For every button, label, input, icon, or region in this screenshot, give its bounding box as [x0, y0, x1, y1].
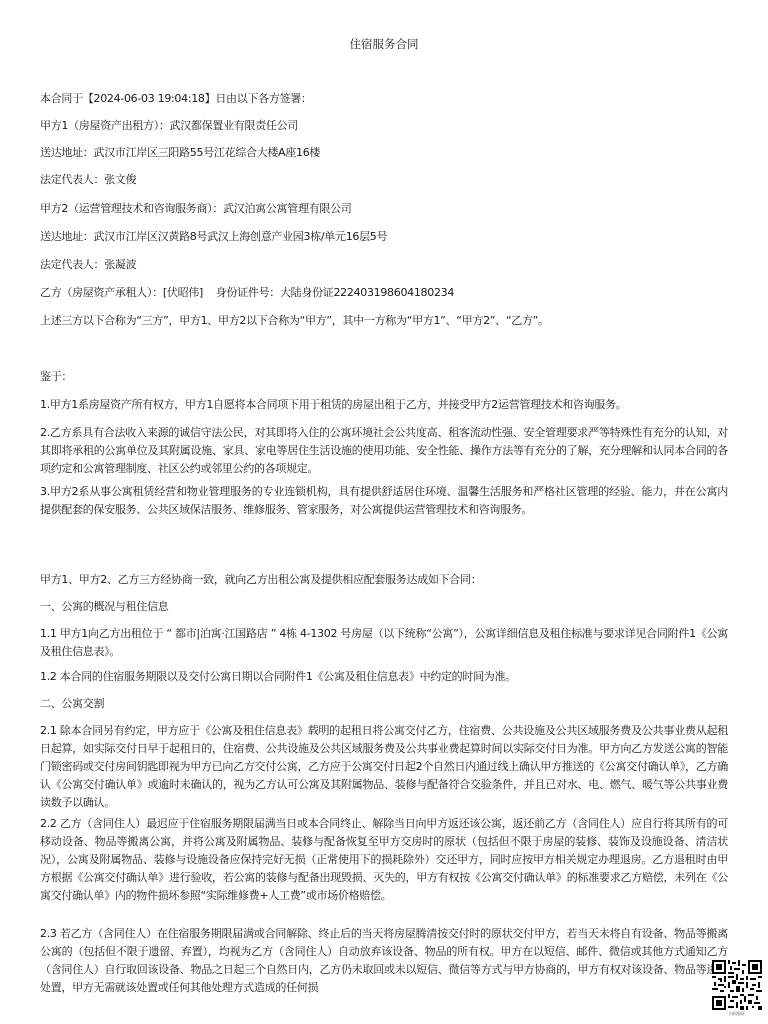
signing-date-line: 本合同于【2024-06-03 19:04:18】日由以下各方签署： — [40, 91, 312, 107]
party-a1-name: 甲方1（房屋资产出租方）：武汉都保置业有限责任公司 — [40, 118, 298, 134]
whereas-item-2: 2.乙方系具有合法收入来源的诚信守法公民，对其即将入住的公寓环境社会公共度高、租… — [40, 424, 728, 478]
party-a1-legal-rep: 法定代表人：张文俊 — [40, 172, 136, 188]
clause-1-2: 1.2 本合同的住宿服务期限以及交付公寓日期以合同附件1《公寓及租住信息表》中约… — [40, 668, 728, 686]
clause-2-3: 2.3 若乙方（含同住人）在住宿服务期限届满或合同解除、终止后的当天将房屋腾清按… — [40, 925, 728, 997]
party-a2-address: 送达地址：武汉市江岸区汉黄路8号武汉上海创意产业园3栋/单元16层5号 — [40, 229, 387, 245]
section-2-heading: 二、公寓交割 — [40, 696, 104, 712]
qr-code-caption: 扫码验证 — [712, 1011, 762, 1017]
whereas-item-3: 3.甲方2系从事公寓租赁经营和物业管理服务的专业连锁机构，具有提供舒适居住环境、… — [40, 483, 728, 519]
whereas-item-1: 1.甲方1系房屋资产所有权方，甲方1自愿将本合同项下用于租赁的房屋出租于乙方，并… — [40, 396, 728, 414]
parties-summary: 上述三方以下合称为“三方”，甲方1、甲方2以下合称为“甲方”，其中一方称为“甲方… — [40, 313, 549, 329]
agreement-intro: 甲方1、甲方2、乙方三方经协商一致，就向乙方出租公寓及提供相应配套服务达成如下合… — [40, 572, 481, 588]
section-1-heading: 一、公寓的概况与租住信息 — [40, 599, 168, 615]
party-a2-name: 甲方2（运营管理技术和咨询服务商）：武汉泊寓公寓管理有限公司 — [40, 201, 352, 217]
party-b-name: 乙方（房屋资产承租人）：[伏昭伟] 身份证件号：大陆身份证22240319860… — [40, 285, 454, 301]
party-a2-legal-rep: 法定代表人：张凝波 — [40, 257, 136, 273]
clause-2-2: 2.2 乙方（含同住人）最迟应于住宿服务期限届满当日或本合同终止、解除当日向甲方… — [40, 815, 728, 905]
clause-1-1: 1.1 甲方1向乙方出租位于 “ 都市|泊寓·江国路店 ” 4栋 4-1302 … — [40, 625, 728, 661]
qr-code-icon[interactable] — [712, 960, 762, 1010]
clause-2-1: 2.1 除本合同另有约定，甲方应于《公寓及租住信息表》载明的起租日将公寓交付乙方… — [40, 722, 728, 812]
whereas-heading: 鉴于： — [40, 369, 72, 385]
contract-title: 住宿服务合同 — [0, 36, 768, 52]
party-a1-address: 送达地址：武汉市江岸区三阳路55号江花综合大楼A座16楼 — [40, 145, 320, 161]
